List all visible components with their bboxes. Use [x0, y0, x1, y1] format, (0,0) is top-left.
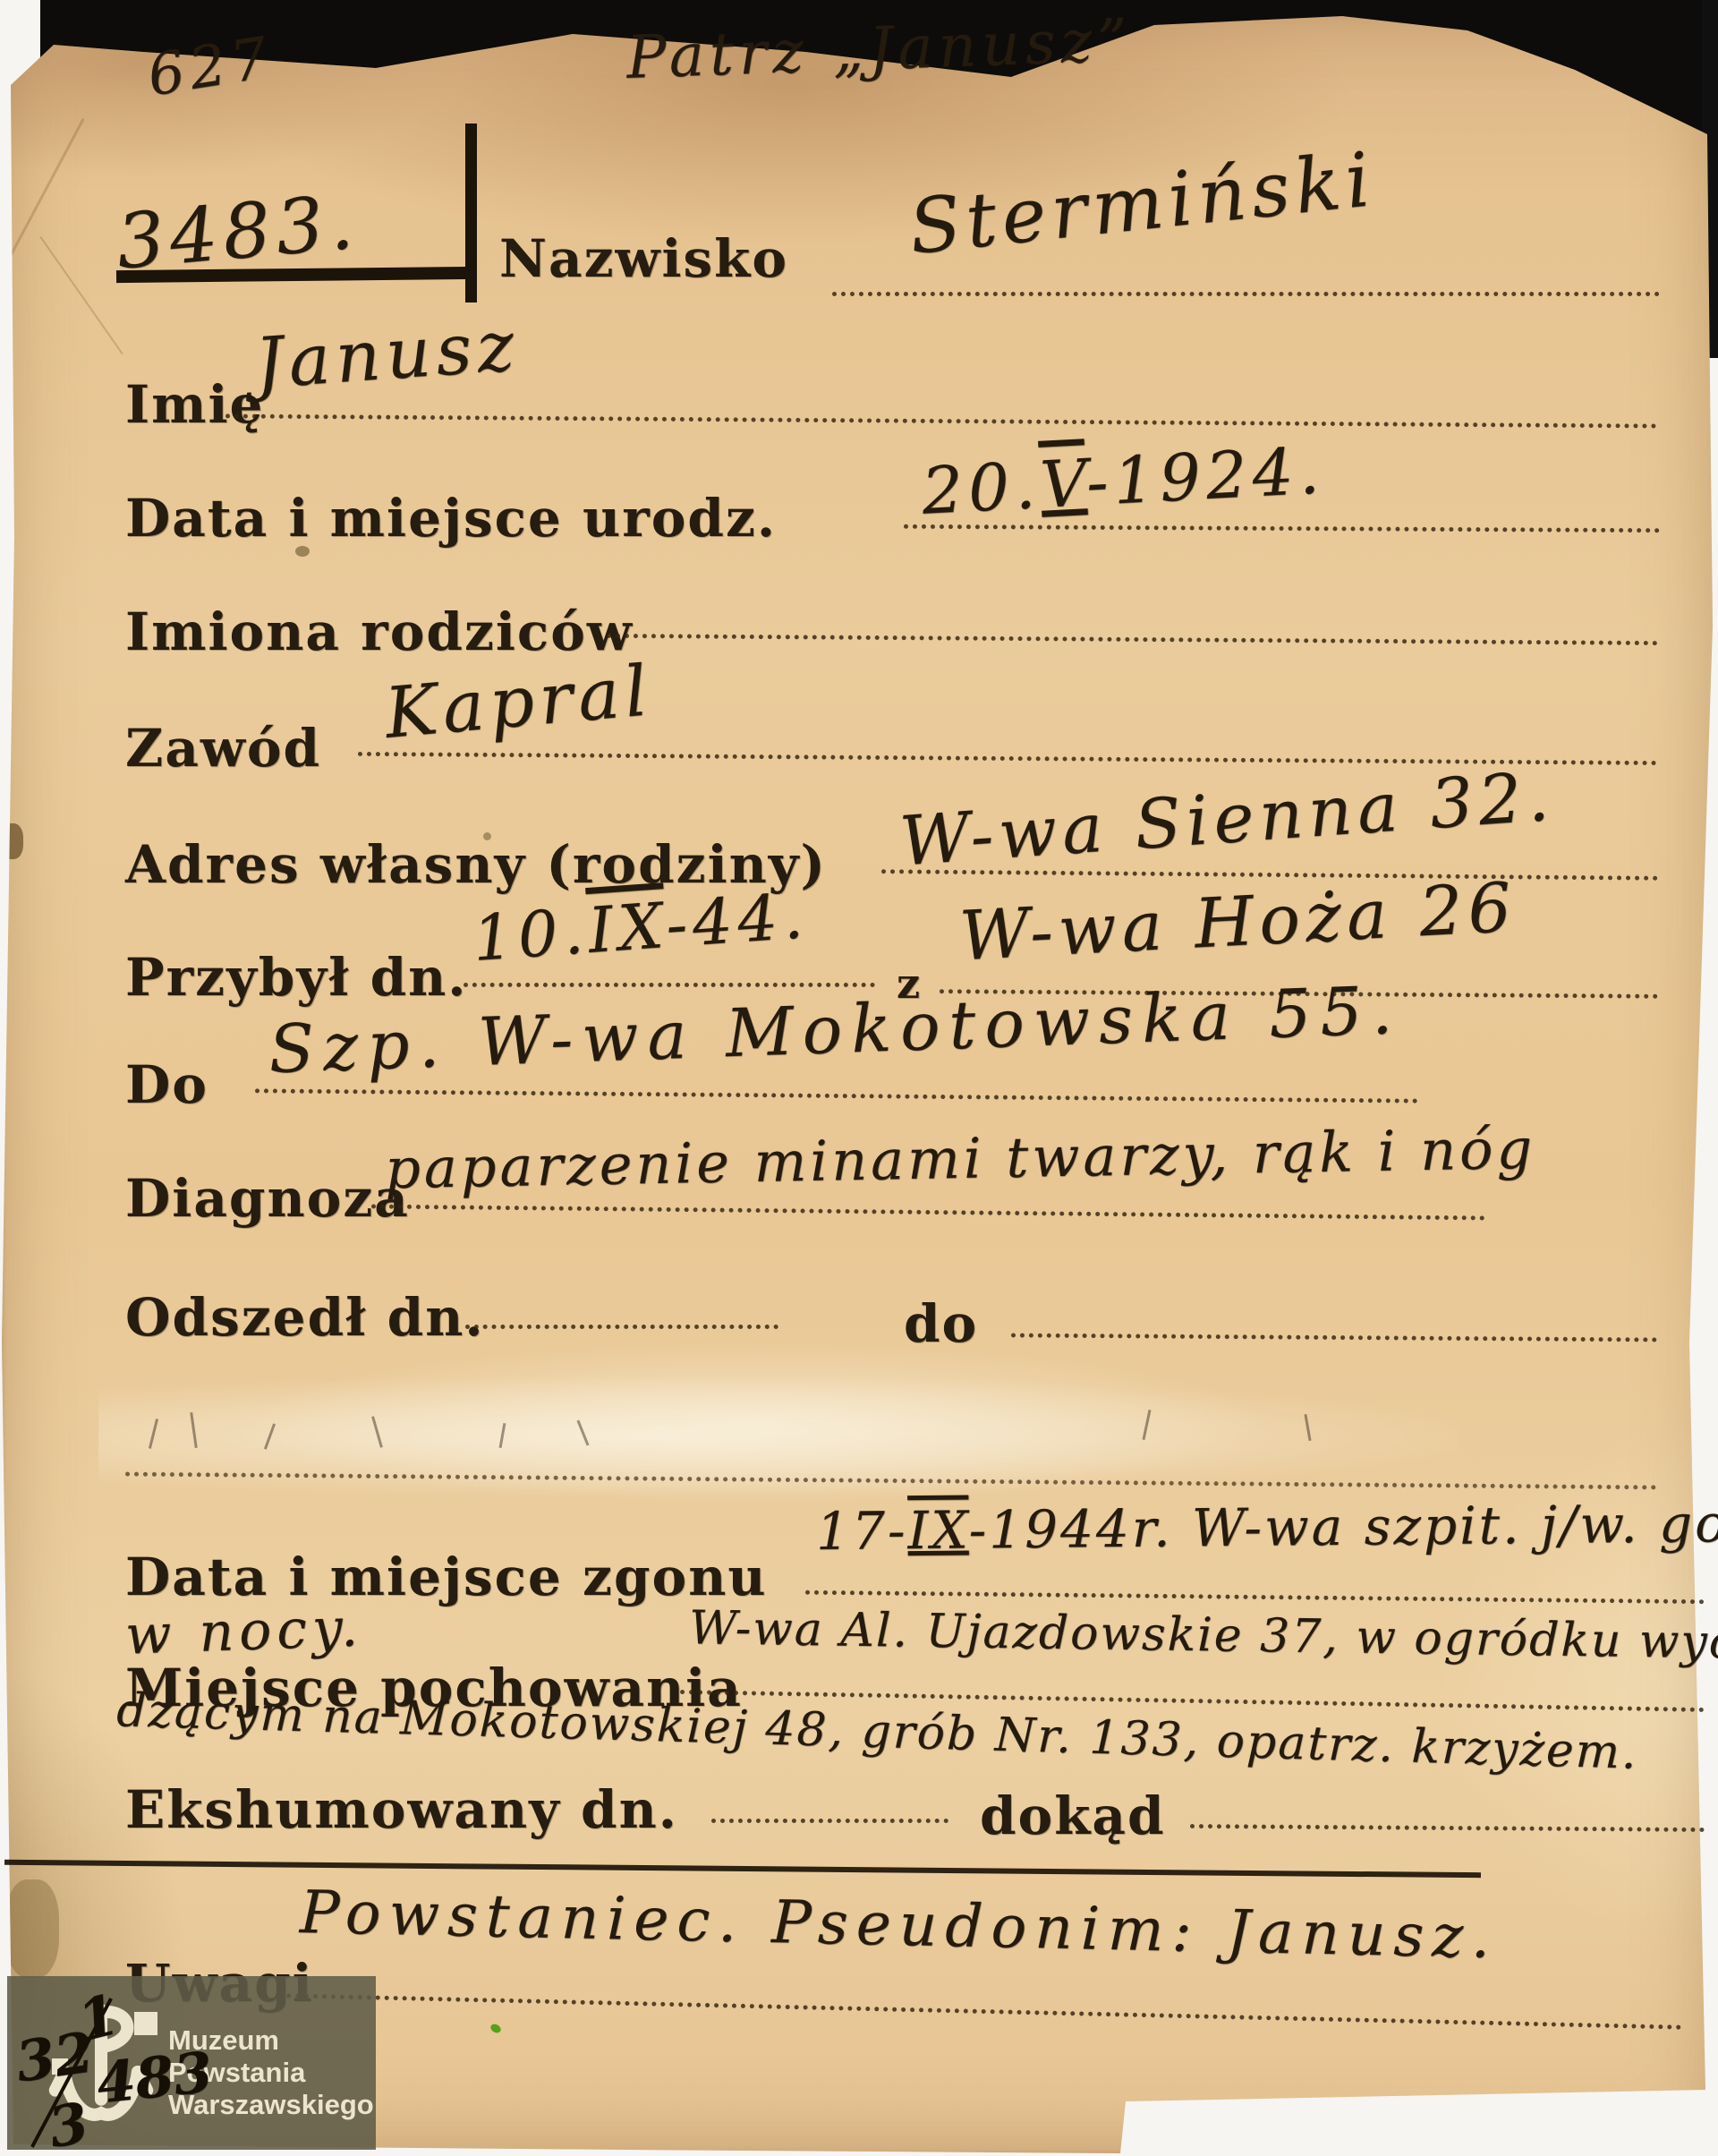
vertical-divider	[465, 124, 477, 303]
scanned-record-card: 627 Patrz „Janusz” 3483. Nazwisko Stermi…	[0, 0, 1718, 2156]
dotted-rule	[832, 292, 1660, 296]
dotted-rule	[464, 983, 875, 987]
urodz-year: -1924.	[1084, 432, 1326, 520]
field-label-do-szpitala: Do	[125, 1054, 208, 1115]
field-label-imie: Imię	[125, 374, 264, 435]
zgon-place: W-wa szpit. j/w. godz 2	[1192, 1492, 1718, 1558]
przybyl-day: 10.	[471, 894, 591, 976]
zgon-roman-month: IX	[907, 1500, 969, 1562]
field-label-zawod: Zawód	[125, 718, 321, 779]
paper-stain	[5, 1879, 59, 1978]
dotted-rule	[711, 1819, 948, 1823]
field-label-zgon: Data i miejsce zgonu	[125, 1547, 768, 1607]
paper-stain	[0, 823, 23, 859]
field-label-dokad: dokąd	[980, 1785, 1166, 1846]
field-label-diagnoza: Diagnoza	[125, 1168, 410, 1229]
paper-crease	[39, 236, 123, 354]
przybyl-year: -44.	[663, 879, 810, 962]
green-speck	[489, 2023, 503, 2035]
logo-pixel-square	[134, 2012, 157, 2035]
field-label-rodzice: Imiona rodziców	[125, 601, 634, 662]
field-label-przybyl: Przybył dn.	[125, 947, 468, 1008]
archive-number: 483	[94, 2039, 216, 2116]
field-label-nazwisko: Nazwisko	[499, 228, 788, 289]
urodz-day: 20.	[920, 447, 1042, 529]
zgon-day: 17-	[816, 1500, 908, 1562]
field-label-ekshumacja: Ekshumowany dn.	[125, 1779, 678, 1840]
archive-number: 32	[12, 2019, 98, 2094]
paper-crease	[0, 118, 84, 294]
zgon-year: -1944r.	[968, 1498, 1173, 1561]
field-label-odszedl-do: do	[904, 1293, 978, 1354]
field-value-zgon: 17-IX-1944r. W-wa szpit. j/w. godz 2	[816, 1492, 1718, 1562]
field-label-urodz: Data i miejsce urodz.	[125, 488, 777, 549]
przybyl-roman-month: IX	[586, 889, 669, 967]
dotted-rule	[465, 1325, 778, 1329]
field-label-odszedl: Odszedł dn.	[125, 1287, 485, 1348]
field-value-zgon-continuation: w nocy.	[124, 1596, 364, 1666]
urodz-roman-month: V	[1038, 445, 1088, 523]
